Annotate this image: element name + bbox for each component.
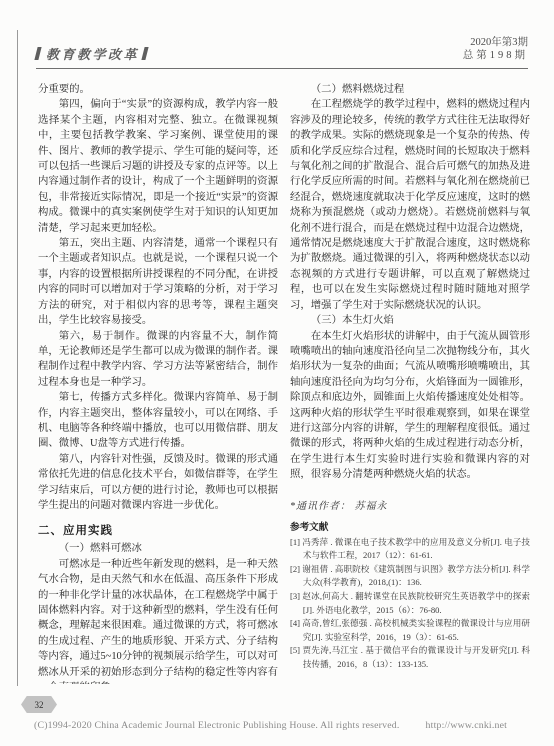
- page-number: 32: [35, 700, 44, 710]
- journal-section-label: 教育教学改革: [46, 44, 139, 63]
- journal-page: 教育教学改革 2020年第3期 总第198期 分重要的。 第四，偏向于“实景”的…: [0, 0, 554, 746]
- paragraph: 第六，易于制作。微课的内容量不大，制作简单，无论教师还是学生都可以成为微课的制作…: [38, 329, 278, 391]
- right-column: （二）燃料燃烧过程 在工程燃烧学的教学过程中，燃料的燃烧过程内容涉及的理论较多，…: [290, 82, 530, 684]
- paragraph: 第四，偏向于“实景”的资源构成，教学内容一般选择某个主题，内容相对完整、独立。在…: [38, 97, 278, 236]
- issue-info: 2020年第3期 总第198期: [463, 36, 528, 62]
- page-header: 教育教学改革 2020年第3期 总第198期: [36, 38, 528, 68]
- paragraph: 可燃冰是一种近些年新发现的燃料，是一种天然气水合物，是由天然气和水在低温、高压条…: [38, 557, 278, 684]
- paragraph: 第五，突出主题、内容清楚，通常一个课程只有一个主题或者知识点。也就是说，一个课程…: [38, 236, 278, 328]
- paragraph: 在工程燃烧学的教学过程中，燃料的燃烧过程内容涉及的理论较多，传统的教学方式往往无…: [290, 97, 530, 313]
- header-divider: [36, 68, 528, 69]
- paragraph: 第八，内容针对性强，反馈及时。微课的形式通常依托先进的信息化技术平台，如微信群等…: [38, 452, 278, 514]
- reference-item: [5] 贾先涛,马江宝 . 基于微信平台的微课设计与开发研究[J]. 科技传播，…: [290, 644, 530, 671]
- reference-item: [1] 冯秀萍 . 微课在电子技术教学中的应用及意义分析[J]. 电子技术与软件…: [290, 536, 530, 563]
- references-list: [1] 冯秀萍 . 微课在电子技术教学中的应用及意义分析[J]. 电子技术与软件…: [290, 536, 530, 672]
- site-url: http://www.cnki.net: [426, 720, 508, 731]
- copyright-notice: (C)1994-2020 China Academic Journal Elec…: [34, 720, 544, 731]
- section-heading: 二、应用实践: [38, 522, 278, 538]
- paragraph: 分重要的。: [38, 82, 278, 97]
- paragraph: 在本生灯火焰形状的讲解中，由于气流从圆管形喷嘴喷出的轴向速度沿径向呈二次抛物线分…: [290, 329, 530, 483]
- references-heading: 参考文献: [290, 519, 530, 533]
- corresponding-author-note: *通讯作者： 苏福永: [290, 497, 530, 512]
- title-bar-left-icon: [34, 47, 41, 60]
- reference-item: [2] 谢祖倩 . 高职院校《建筑制图与识图》教学方法分析[J]. 科学大众(科…: [290, 563, 530, 590]
- subsection-heading: （一）燃料可燃冰: [38, 541, 278, 556]
- reference-item: [3] 赵冰,何高大 . 翻转课堂在民族院校研究生英语教学中的探索[J]. 外语…: [290, 590, 530, 617]
- left-margin-rule: [17, 30, 18, 686]
- subsection-heading: （二）燃料燃烧过程: [290, 82, 530, 97]
- page-number-badge: 32: [21, 696, 57, 713]
- issue-year-number: 2020年第3期: [463, 36, 528, 49]
- reference-item: [4] 高奇,曾红,张德强 . 高校机械类实验课程的微课设计与应用研究[J]. …: [290, 617, 530, 644]
- copyright-text: (C)1994-2020 China Academic Journal Elec…: [34, 720, 400, 731]
- left-column: 分重要的。 第四，偏向于“实景”的资源构成，教学内容一般选择某个主题，内容相对完…: [38, 82, 278, 684]
- article-body: 分重要的。 第四，偏向于“实景”的资源构成，教学内容一般选择某个主题，内容相对完…: [38, 82, 530, 684]
- paragraph: 第七，传播方式多样化。微课内容简单、易于制作，内容主题突出，整体容量较小，可以在…: [38, 390, 278, 452]
- subsection-heading: （三）本生灯火焰: [290, 313, 530, 328]
- title-bar-right-icon: [141, 47, 148, 60]
- issue-total-number: 总第198期: [463, 49, 528, 62]
- journal-section-title: 教育教学改革: [36, 44, 147, 63]
